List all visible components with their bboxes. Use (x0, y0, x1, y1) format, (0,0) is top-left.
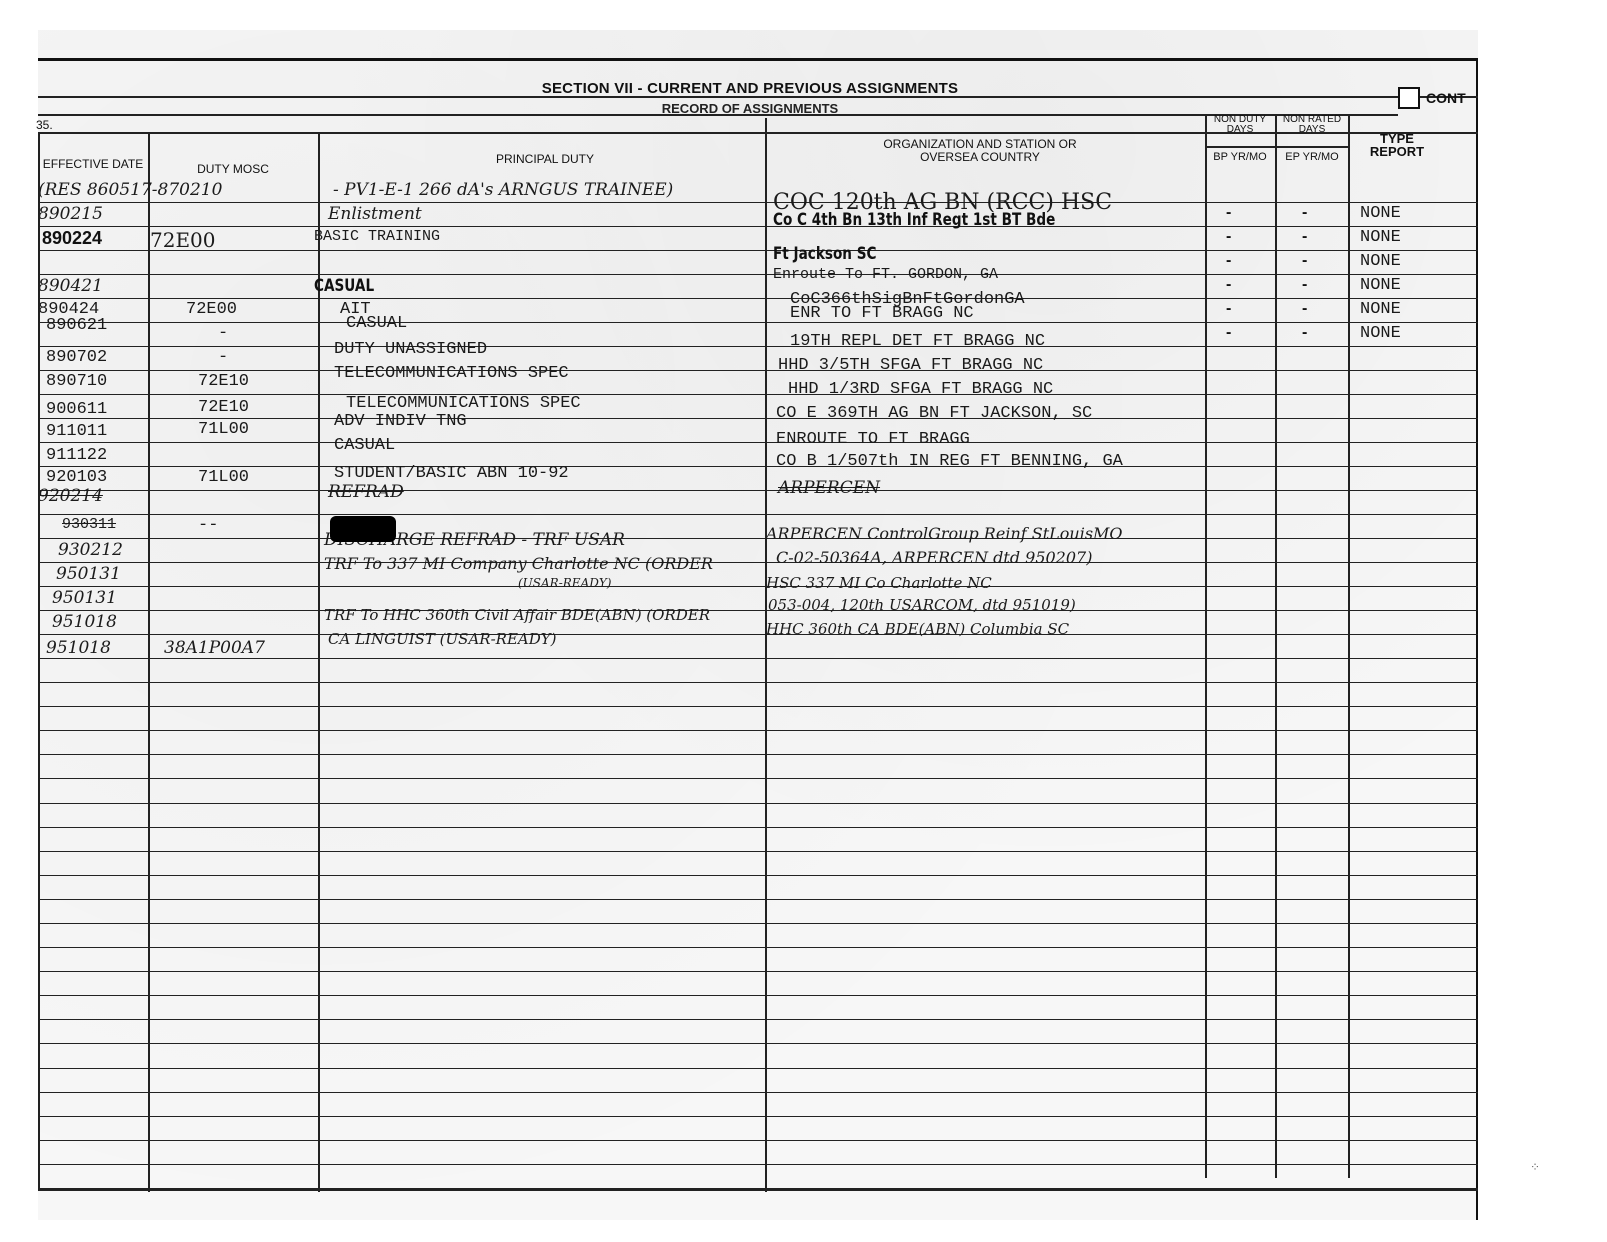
table-row: 930311 -- (38, 514, 1478, 539)
blank-table-row (38, 1164, 1478, 1189)
row-organization: ARPERCEN ControlGroup Reinf StLouisMO (766, 524, 1123, 543)
row-organization: HHD 3/5TH SFGA FT BRAGG NC (778, 356, 1043, 375)
row-bp: - (1226, 228, 1231, 246)
row-duty-mosc: 72E10 (198, 372, 249, 391)
row-organization: ENROUTE TO FT BRAGG (776, 430, 970, 449)
table-row: 890421 CASUAL Enroute To FT. GORDON, GA … (38, 274, 1478, 299)
row-principal-duty: REFRAD (328, 482, 404, 502)
item-number: 35. (36, 118, 53, 132)
nonduty-subdivider (1205, 146, 1348, 148)
row-duty-mosc: - (218, 324, 228, 343)
blank-table-row (38, 658, 1478, 683)
redaction-block (330, 516, 396, 542)
header-non-duty-days: NON DUTY DAYS (1206, 115, 1274, 135)
table-row: 920103 71L00 STUDENT/BASIC ABN 10-92 CO … (38, 466, 1478, 491)
table-row: 951018 38A1P00A7 CA LINGUIST (USAR-READY… (38, 634, 1478, 659)
header-duty-mosc: DUTY MOSC (148, 163, 318, 176)
form-left-border (38, 132, 40, 1190)
blank-table-row (38, 1068, 1478, 1093)
blank-table-row (38, 1140, 1478, 1165)
header-effective-date: EFFECTIVE DATE (38, 158, 148, 171)
row-organization: 053-004, 120th USARCOM, dtd 951019) (768, 596, 1076, 614)
row-effective-date: 890215 (38, 204, 103, 224)
row-principal-duty: CASUAL (334, 436, 395, 455)
blank-table-row (38, 754, 1478, 779)
row-effective-date: 890224 (42, 228, 102, 249)
row-organization: HHD 1/3RD SFGA FT BRAGG NC (788, 380, 1053, 399)
blank-table-row (38, 923, 1478, 948)
scan-mark: ⁘ (1530, 1160, 1540, 1174)
row-duty-mosc: 71L00 (198, 468, 249, 487)
row-type-report: NONE (1360, 204, 1401, 223)
row-principal-duty: Enlistment (328, 204, 422, 224)
title-divider (38, 96, 1478, 98)
row-effective-date: 951018 (52, 612, 117, 632)
row-principal-duty: DUTY UNASSIGNED (334, 340, 487, 359)
row-ep: - (1302, 324, 1307, 342)
row-duty-mosc: -- (198, 516, 218, 535)
table-row: Ft Jackson SC - - NONE (38, 250, 1478, 275)
row-principal-duty: - PV1-E-1 266 dA's ARNGUS TRAINEE) (333, 180, 673, 200)
row-duty-mosc: 71L00 (198, 420, 249, 439)
row-effective-date: 930311 (62, 516, 116, 533)
blank-table-row (38, 875, 1478, 900)
row-duty-mosc: - (218, 348, 228, 367)
blank-table-row (38, 1116, 1478, 1141)
row-principal-duty: TRF To 337 MI Company Charlotte NC (ORDE… (324, 554, 713, 573)
blank-table-row (38, 971, 1478, 996)
row-type-report: NONE (1360, 324, 1401, 343)
blank-table-row (38, 1043, 1478, 1068)
row-principal-duty: CASUAL (314, 276, 374, 296)
row-type-report: NONE (1360, 252, 1401, 271)
row-effective-date: (RES 860517-870210 (38, 180, 222, 200)
row-effective-date: 890621 (46, 316, 107, 335)
blank-table-row (38, 827, 1478, 852)
table-row: 890215 Enlistment COC 120th AG BN (RCC) … (38, 202, 1478, 227)
row-principal-duty: TELECOMMUNICATIONS SPEC (346, 394, 581, 413)
row-principal-duty: TRF To HHC 360th Civil Affair BDE(ABN) (… (324, 606, 710, 624)
row-organization: CO E 369TH AG BN FT JACKSON, SC (776, 404, 1092, 423)
row-effective-date: 920214 (38, 486, 103, 506)
row-organization: HSC 337 MI Co Charlotte NC (766, 574, 992, 592)
blank-table-row (38, 995, 1478, 1020)
blank-table-row (38, 778, 1478, 803)
blank-table-row (38, 1019, 1478, 1044)
cont-label: CONT (1426, 90, 1466, 106)
row-principal-duty: ADV INDIV TNG (334, 412, 467, 431)
table-row: 950131 (USAR-READY) HSC 337 MI Co Charlo… (38, 586, 1478, 611)
row-bp: - (1226, 204, 1231, 222)
row-principal-duty: CASUAL (346, 314, 407, 333)
header-bp: BP YR/MO (1206, 152, 1274, 163)
blank-table-row (38, 947, 1478, 972)
header-type-report: TYPE REPORT (1352, 132, 1442, 158)
row-duty-mosc: 72E00 (186, 300, 237, 319)
row-effective-date: 930212 (58, 540, 123, 560)
header-ep: EP YR/MO (1276, 152, 1348, 163)
row-organization: CO B 1/507th IN REG FT BENNING, GA (776, 452, 1123, 471)
blank-table-row (38, 899, 1478, 924)
row-organization: ARPERCEN (778, 478, 880, 498)
row-organization: Enroute To FT. GORDON, GA (773, 266, 998, 283)
row-effective-date: 911122 (46, 446, 107, 465)
blank-table-row (38, 803, 1478, 828)
table-row: 890224 72E00 BASIC TRAINING Co C 4th Bn … (38, 226, 1478, 251)
row-duty-mosc: 38A1P00A7 (164, 638, 265, 658)
header-non-rated-days: NON RATED DAYS (1276, 115, 1348, 135)
row-principal-duty: STUDENT/BASIC ABN 10-92 (334, 464, 569, 483)
row-duty-mosc: 72E00 (150, 228, 216, 252)
blank-table-row (38, 682, 1478, 707)
cont-checkbox-group[interactable]: CONT (1398, 87, 1466, 109)
table-row: 890621 - CASUAL ENR TO FT BRAGG NC - - N… (38, 322, 1478, 347)
row-effective-date: 950131 (52, 588, 117, 608)
section-title: SECTION VII - CURRENT AND PREVIOUS ASSIG… (0, 80, 1500, 97)
row-organization: 19TH REPL DET FT BRAGG NC (790, 332, 1045, 351)
row-type-report: NONE (1360, 276, 1401, 295)
table-row: 951018 TRF To HHC 360th Civil Affair BDE… (38, 610, 1478, 635)
table-row: 890702 - DUTY UNASSIGNED 19TH REPL DET F… (38, 346, 1478, 371)
row-principal-duty: CA LINGUIST (USAR-READY) (328, 630, 557, 648)
row-effective-date: 920103 (46, 468, 107, 487)
table-row: 950131 TRF To 337 MI Company Charlotte N… (38, 562, 1478, 587)
row-principal-duty: (USAR-READY) (518, 576, 611, 590)
row-effective-date: 890421 (38, 276, 103, 296)
blank-table-row (38, 730, 1478, 755)
row-bp: - (1226, 276, 1231, 294)
row-ep: - (1302, 228, 1307, 246)
row-organization: ENR TO FT BRAGG NC (790, 304, 974, 323)
row-ep: - (1302, 252, 1307, 270)
row-organization: Co C 4th Bn 13th Inf Regt 1st BT Bde (773, 210, 1055, 230)
row-effective-date: 911011 (46, 422, 107, 441)
blank-table-row (38, 706, 1478, 731)
row-bp: - (1226, 252, 1231, 270)
row-organization: HHC 360th CA BDE(ABN) Columbia SC (766, 620, 1069, 638)
table-row: 890710 72E10 TELECOMMUNICATIONS SPEC HHD… (38, 370, 1478, 395)
cont-checkbox[interactable] (1398, 87, 1420, 109)
row-effective-date: 950131 (56, 564, 121, 584)
table-row: 911122 CASUAL ENROUTE TO FT BRAGG (38, 442, 1478, 467)
table-row: 900611 72E10 TELECOMMUNICATIONS SPEC HHD… (38, 394, 1478, 419)
header-principal-duty: PRINCIPAL DUTY (400, 153, 690, 166)
header-organization: ORGANIZATION AND STATION OR OVERSEA COUN… (860, 138, 1100, 164)
row-effective-date: 890710 (46, 372, 107, 391)
row-type-report: NONE (1360, 228, 1401, 247)
row-principal-duty: BASIC TRAINING (314, 228, 440, 245)
table-row: 930212 DISCHARGE REFRAD - TRF USAR ARPER… (38, 538, 1478, 563)
row-type-report: NONE (1360, 300, 1401, 319)
table-row: 920214 REFRAD ARPERCEN (38, 490, 1478, 515)
table-row: 890424 72E00 AIT CoC366thSigBnFtGordonGA… (38, 298, 1478, 323)
subtitle-divider (38, 114, 1398, 116)
row-duty-mosc: 72E10 (198, 398, 249, 417)
row-ep: - (1302, 204, 1307, 222)
row-ep: - (1302, 300, 1307, 318)
blank-table-row (38, 851, 1478, 876)
form-bottom-line (38, 1188, 1478, 1191)
row-organization: C-02-50364A, ARPERCEN dtd 950207) (776, 548, 1092, 567)
row-ep: - (1302, 276, 1307, 294)
row-effective-date: 890702 (46, 348, 107, 367)
row-effective-date: 900611 (46, 400, 107, 419)
table-row: 911011 71L00 ADV INDIV TNG CO E 369TH AG… (38, 418, 1478, 443)
table-row: (RES 860517-870210 - PV1-E-1 266 dA's AR… (38, 178, 1478, 203)
row-bp: - (1226, 300, 1231, 318)
row-bp: - (1226, 324, 1231, 342)
blank-table-row (38, 1092, 1478, 1117)
row-organization: Ft Jackson SC (773, 244, 877, 264)
row-effective-date: 951018 (46, 638, 111, 658)
row-principal-duty: TELECOMMUNICATIONS SPEC (334, 364, 569, 383)
